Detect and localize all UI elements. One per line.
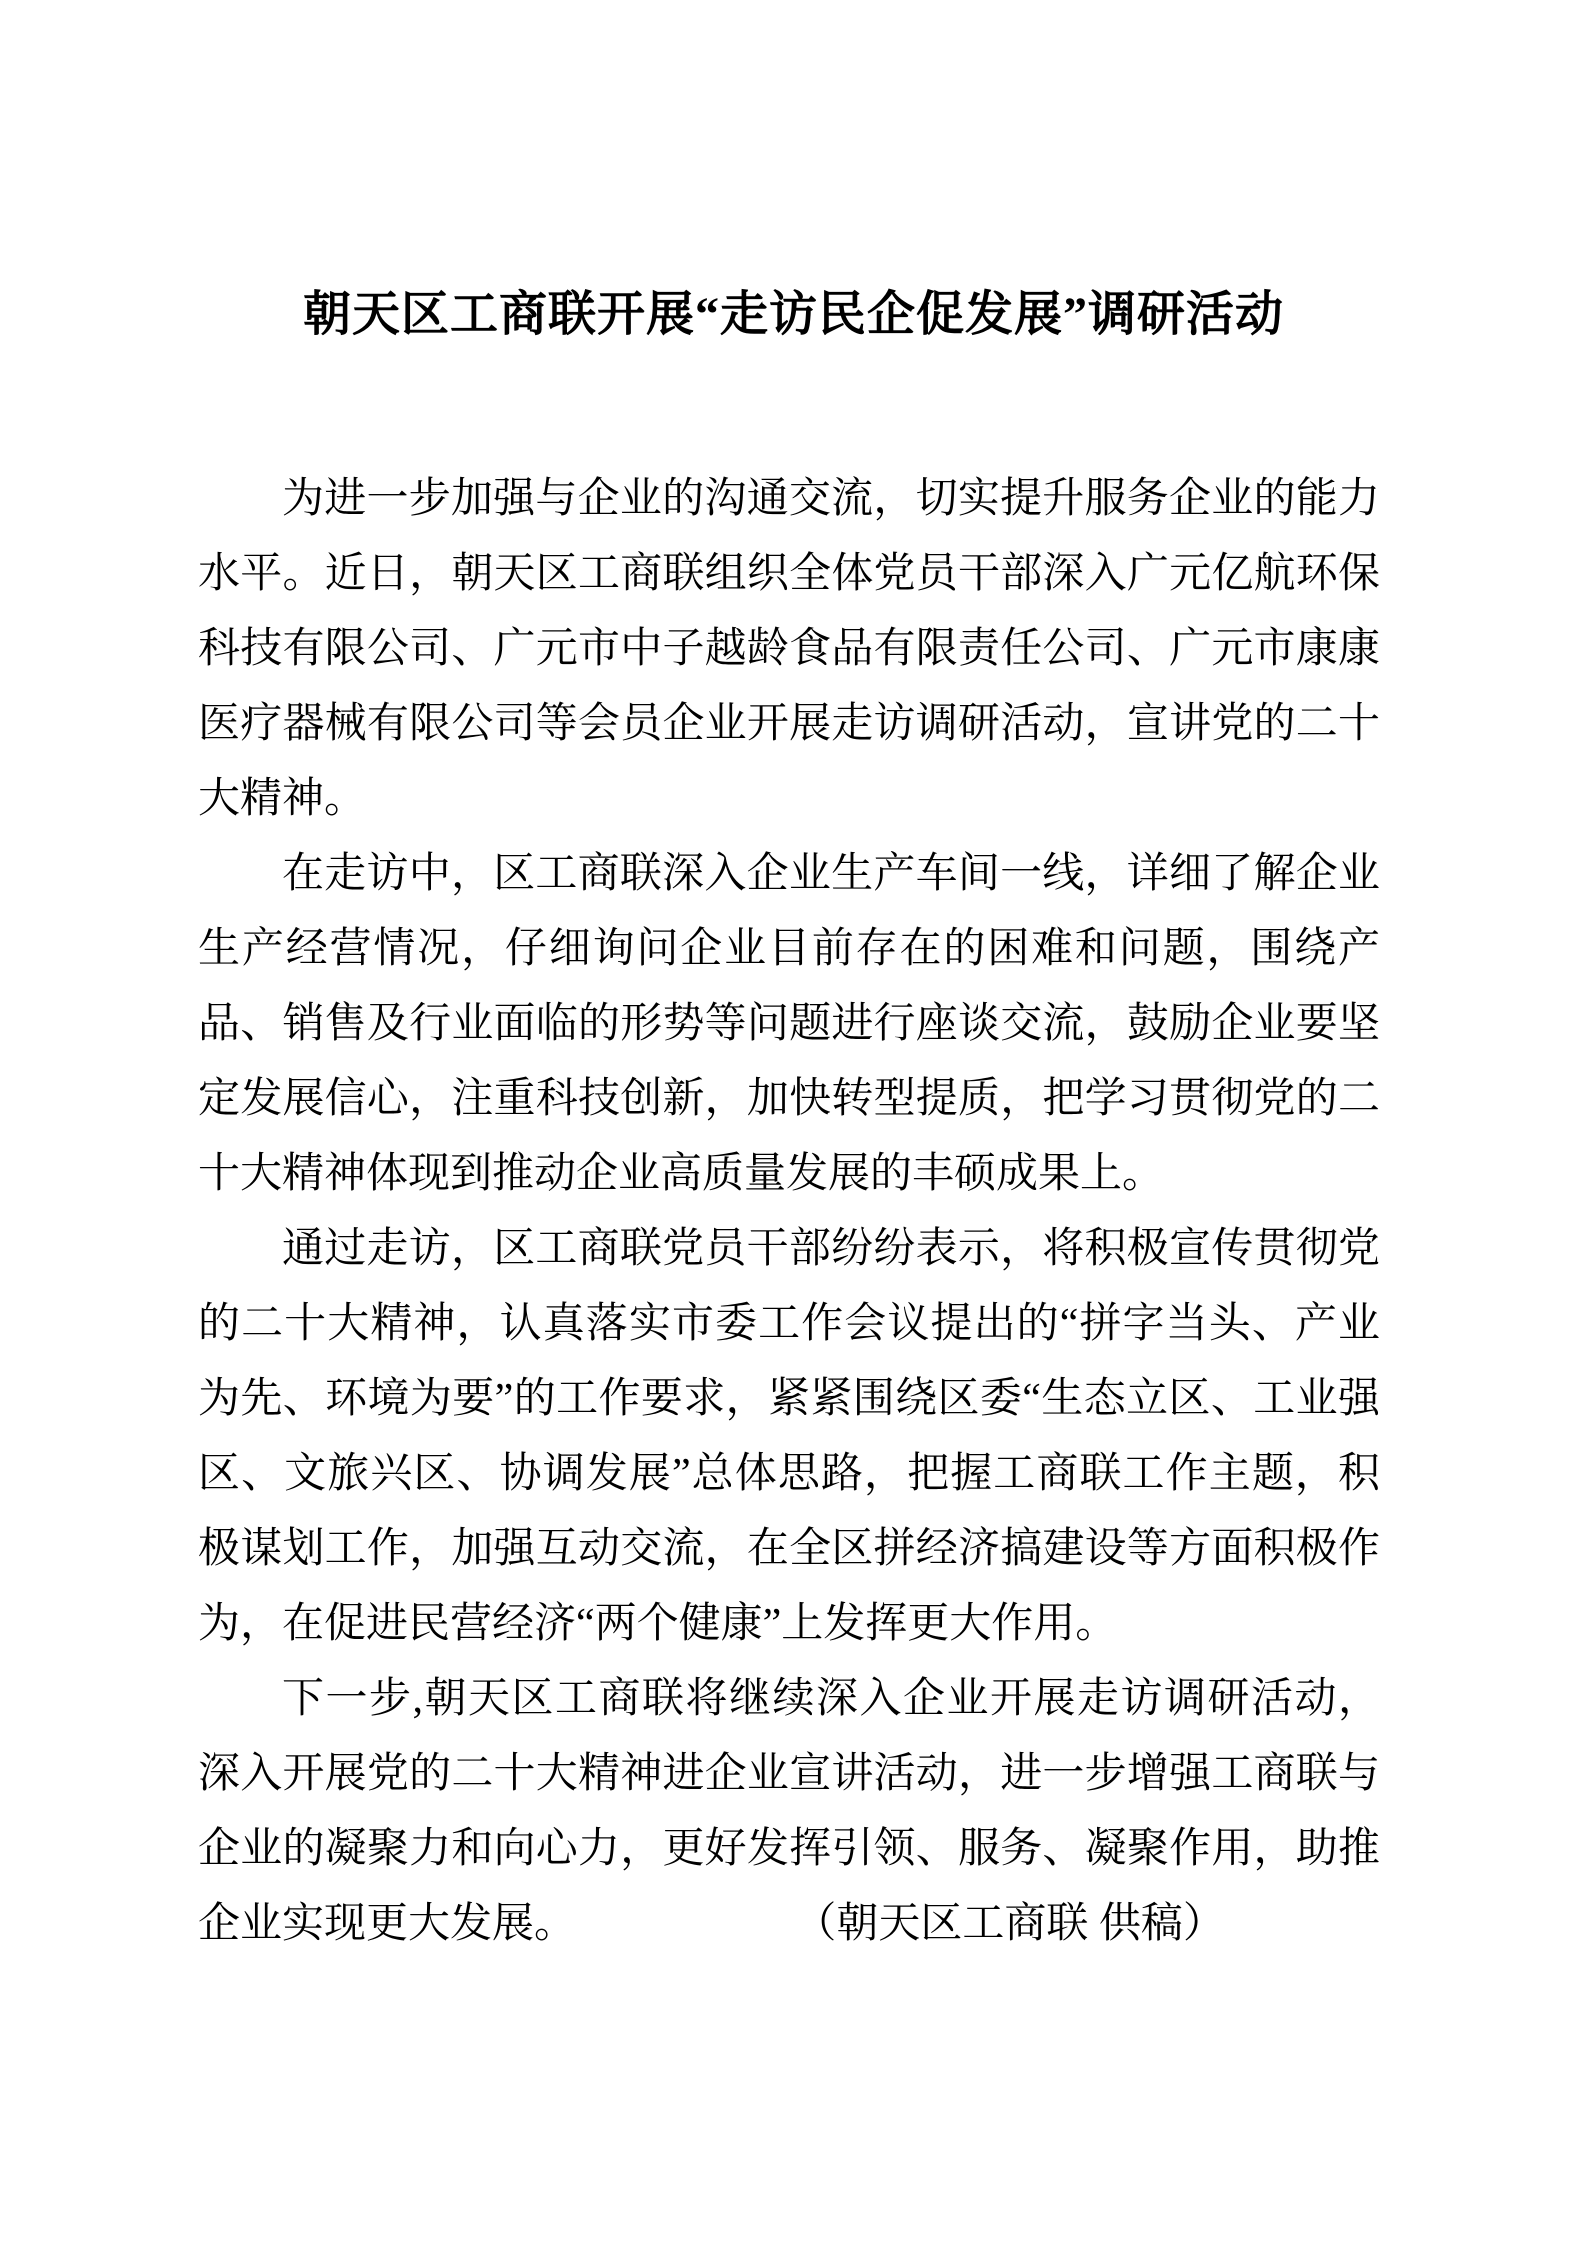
document-page: 朝天区工商联开展“走访民企促发展”调研活动 为进一步加强与企业的沟通交流，切实提… [0, 0, 1587, 2245]
paragraph: 为进一步加强与企业的沟通交流，切实提升服务企业的能力水平。近日，朝天区工商联组织… [198, 462, 1380, 837]
paragraph: 通过走访，区工商联党员干部纷纷表示，将积极宣传贯彻党的二十大精神，认真落实市委工… [198, 1212, 1380, 1662]
paragraph: 下一步,朝天区工商联将继续深入企业开展走访调研活动，深入开展党的二十大精神进企业… [198, 1662, 1380, 1962]
article-title: 朝天区工商联开展“走访民企促发展”调研活动 [140, 285, 1447, 345]
article-body: 为进一步加强与企业的沟通交流，切实提升服务企业的能力水平。近日，朝天区工商联组织… [198, 462, 1380, 1962]
attribution: （朝天区工商联 供稿） [794, 1887, 1225, 1962]
paragraph: 在走访中，区工商联深入企业生产车间一线，详细了解企业生产经营情况，仔细询问企业目… [198, 837, 1380, 1212]
